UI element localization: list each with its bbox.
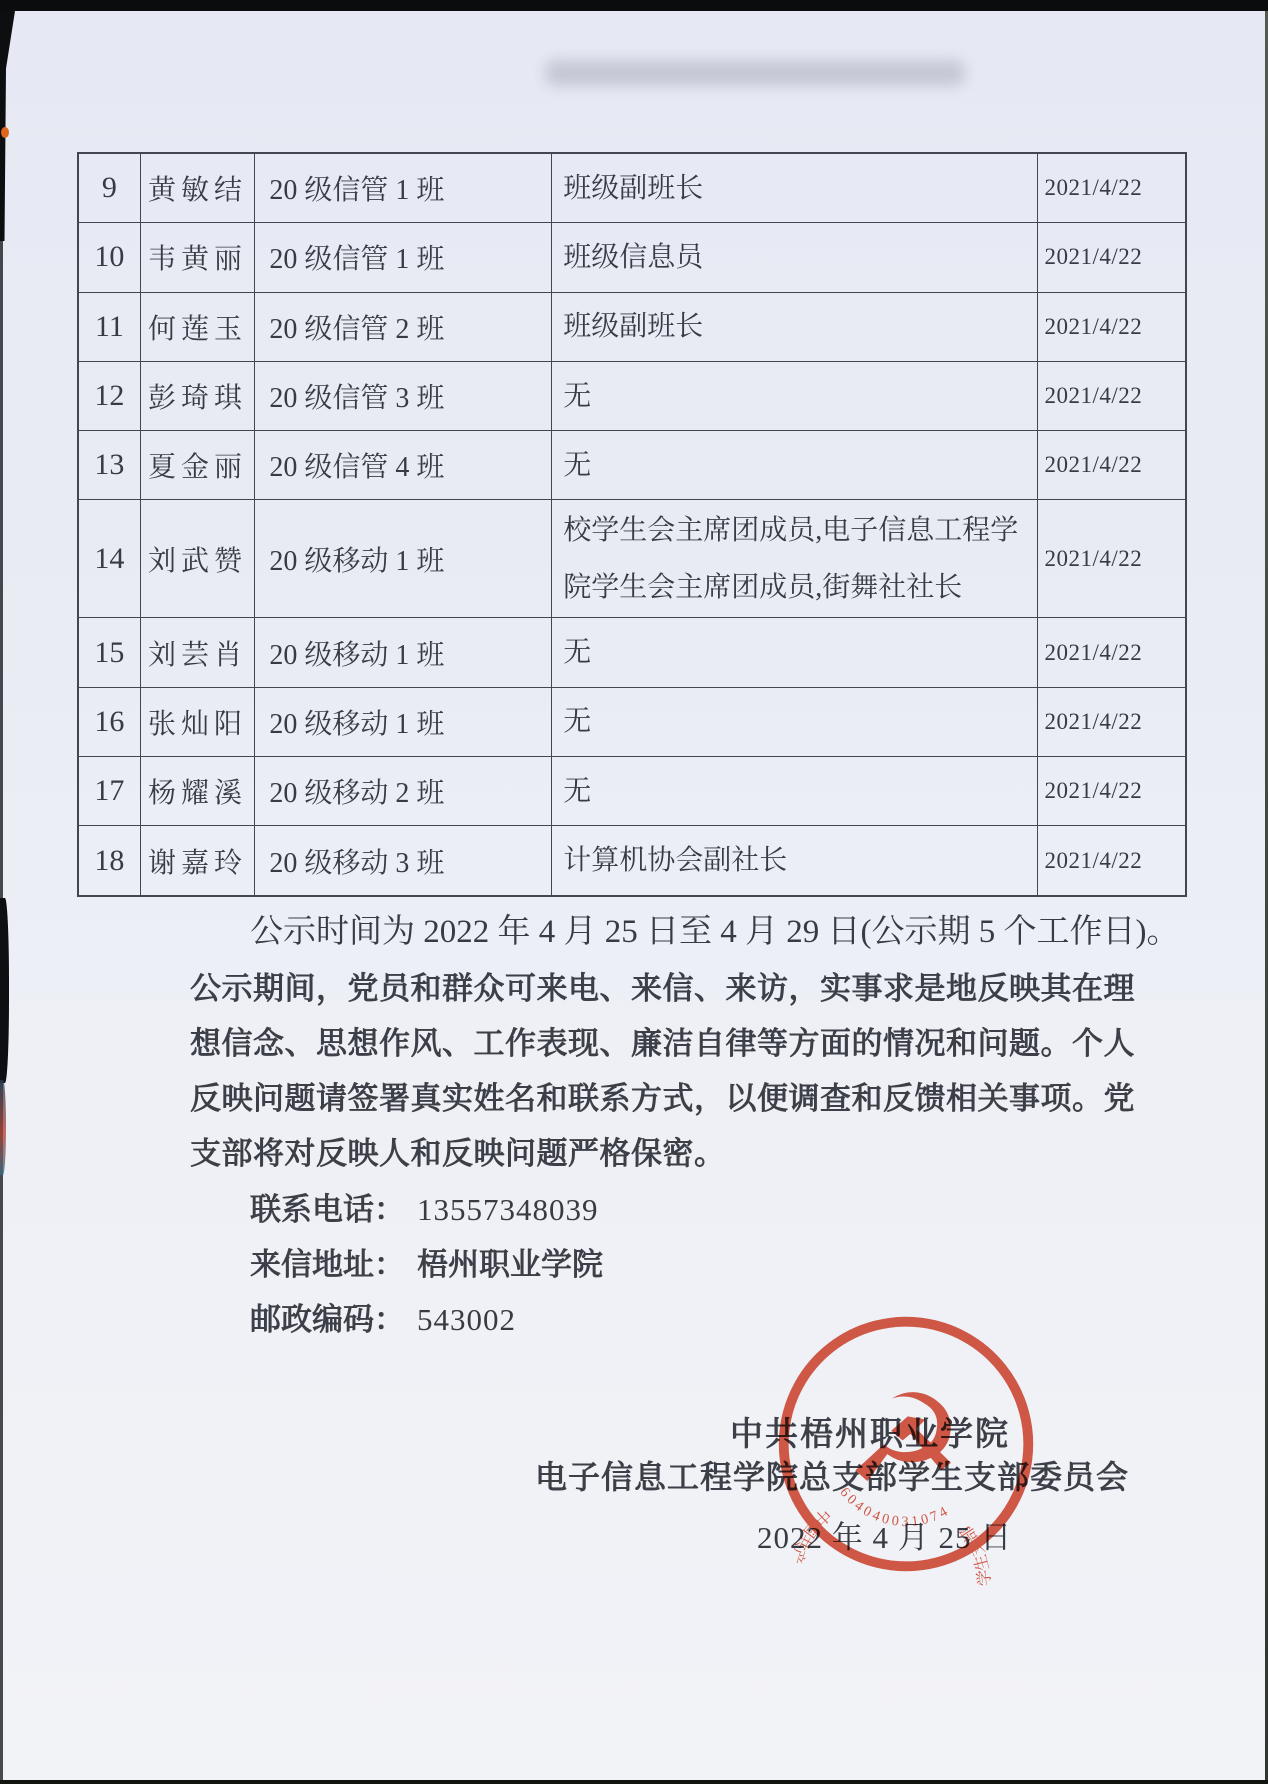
row-class: 20 级移动 3 班 <box>255 826 552 894</box>
table-row: 9 黄敏结 20 级信管 1 班 班级副班长 2021/4/22 <box>79 154 1185 223</box>
phone-value: 13557348039 <box>417 1192 599 1227</box>
row-name: 韦黄丽 <box>141 223 256 291</box>
row-class: 20 级移动 1 班 <box>255 618 552 686</box>
address-label: 来信地址： <box>250 1247 405 1282</box>
row-index: 10 <box>79 223 141 291</box>
row-name: 杨耀溪 <box>141 757 256 825</box>
row-name: 彭琦琪 <box>141 362 256 430</box>
row-position: 无 <box>552 362 1037 430</box>
row-position: 班级副班长 <box>552 293 1037 361</box>
table-row: 16 张灿阳 20 级移动 1 班 无 2021/4/22 <box>79 688 1185 757</box>
row-name: 黄敏结 <box>141 154 256 222</box>
table-row: 11 何莲玉 20 级信管 2 班 班级副班长 2021/4/22 <box>79 293 1185 362</box>
phone-label: 联系电话： <box>250 1192 405 1227</box>
row-position: 校学生会主席团成员,电子信息工程学院学生会主席团成员,街舞社社长 <box>552 500 1037 617</box>
row-date: 2021/4/22 <box>1038 293 1185 361</box>
scan-artifact-top-edge <box>0 0 1268 11</box>
scanned-document-page: 9 黄敏结 20 级信管 1 班 班级副班长 2021/4/22 10 韦黄丽 … <box>0 0 1268 1784</box>
table-row: 14 刘武赞 20 级移动 1 班 校学生会主席团成员,电子信息工程学院学生会主… <box>79 500 1185 618</box>
row-class: 20 级移动 1 班 <box>255 688 552 756</box>
scan-artifact-bottom-edge <box>0 1780 1268 1784</box>
row-class: 20 级移动 2 班 <box>255 757 552 825</box>
row-position: 无 <box>552 431 1037 499</box>
row-date: 2021/4/22 <box>1038 223 1185 291</box>
row-index: 12 <box>79 362 141 430</box>
roster-table: 9 黄敏结 20 级信管 1 班 班级副班长 2021/4/22 10 韦黄丽 … <box>77 152 1187 897</box>
row-date: 2021/4/22 <box>1038 757 1185 825</box>
row-date: 2021/4/22 <box>1038 431 1185 499</box>
row-index: 9 <box>79 154 141 222</box>
notice-line: 公示时间为 2022 年 4 月 25 日至 4 月 29 日(公示期 5 个工… <box>250 905 1180 949</box>
scan-artifact-color-fringe <box>0 1080 6 1175</box>
scan-artifact-left-edge <box>0 11 3 1780</box>
row-name: 谢嘉玲 <box>141 826 256 894</box>
row-index: 18 <box>79 826 141 894</box>
postcode-value: 543002 <box>417 1302 516 1337</box>
scan-artifact-ghost-text <box>545 60 965 86</box>
contact-address-row: 来信地址：梧州职业学院 <box>250 1239 603 1284</box>
row-index: 11 <box>79 293 141 361</box>
row-date: 2021/4/22 <box>1038 688 1185 756</box>
row-date: 2021/4/22 <box>1038 154 1185 222</box>
contact-postcode-row: 邮政编码：543002 <box>250 1294 516 1339</box>
official-red-seal: 中国共产党梧州职业学院委员会电子信息工程学院总支部学生支部委员会 6040400… <box>760 1298 1052 1590</box>
row-date: 2021/4/22 <box>1038 500 1185 617</box>
table-row: 18 谢嘉玲 20 级移动 3 班 计算机协会副社长 2021/4/22 <box>79 826 1185 894</box>
row-name: 张灿阳 <box>141 688 256 756</box>
row-date: 2021/4/22 <box>1038 826 1185 894</box>
row-index: 15 <box>79 618 141 686</box>
row-class: 20 级移动 1 班 <box>255 500 552 617</box>
address-value: 梧州职业学院 <box>417 1247 603 1282</box>
row-index: 17 <box>79 757 141 825</box>
hammer-sickle-emblem-icon: ☭ <box>840 1360 973 1523</box>
row-class: 20 级信管 4 班 <box>255 431 552 499</box>
table-row: 12 彭琦琪 20 级信管 3 班 无 2021/4/22 <box>79 362 1185 431</box>
table-row: 13 夏金丽 20 级信管 4 班 无 2021/4/22 <box>79 431 1185 500</box>
notice-line: 公示期间，党员和群众可来电、来信、来访，实事求是地反映其在理 <box>190 963 1120 1007</box>
row-position: 无 <box>552 618 1037 686</box>
row-position: 无 <box>552 688 1037 756</box>
row-index: 14 <box>79 500 141 617</box>
row-position: 计算机协会副社长 <box>552 826 1037 894</box>
notice-line: 支部将对反映人和反映问题严格保密。 <box>190 1128 1120 1172</box>
row-index: 13 <box>79 431 141 499</box>
row-name: 刘武赞 <box>141 500 256 617</box>
row-position: 班级副班长 <box>552 154 1037 222</box>
table-row: 15 刘芸肖 20 级移动 1 班 无 2021/4/22 <box>79 618 1185 687</box>
row-position: 班级信息员 <box>552 223 1037 291</box>
postcode-label: 邮政编码： <box>250 1302 405 1337</box>
table-row: 17 杨耀溪 20 级移动 2 班 无 2021/4/22 <box>79 757 1185 826</box>
row-index: 16 <box>79 688 141 756</box>
notice-line: 反映问题请签署真实姓名和联系方式，以便调查和反馈相关事项。党 <box>190 1073 1120 1117</box>
row-class: 20 级信管 2 班 <box>255 293 552 361</box>
row-date: 2021/4/22 <box>1038 362 1185 430</box>
scan-artifact-left-mid-blob <box>0 898 9 1083</box>
scan-artifact-left-top-blob <box>0 11 15 241</box>
notice-line: 想信念、思想作风、工作表现、廉洁自律等方面的情况和问题。个人 <box>190 1018 1120 1062</box>
table-row: 10 韦黄丽 20 级信管 1 班 班级信息员 2021/4/22 <box>79 223 1185 292</box>
row-class: 20 级信管 1 班 <box>255 154 552 222</box>
row-class: 20 级信管 1 班 <box>255 223 552 291</box>
row-name: 何莲玉 <box>141 293 256 361</box>
row-date: 2021/4/22 <box>1038 618 1185 686</box>
contact-phone-row: 联系电话：13557348039 <box>250 1184 599 1229</box>
row-name: 夏金丽 <box>141 431 256 499</box>
scan-artifact-orange-dot <box>1 127 9 138</box>
row-class: 20 级信管 3 班 <box>255 362 552 430</box>
row-position: 无 <box>552 757 1037 825</box>
row-name: 刘芸肖 <box>141 618 256 686</box>
